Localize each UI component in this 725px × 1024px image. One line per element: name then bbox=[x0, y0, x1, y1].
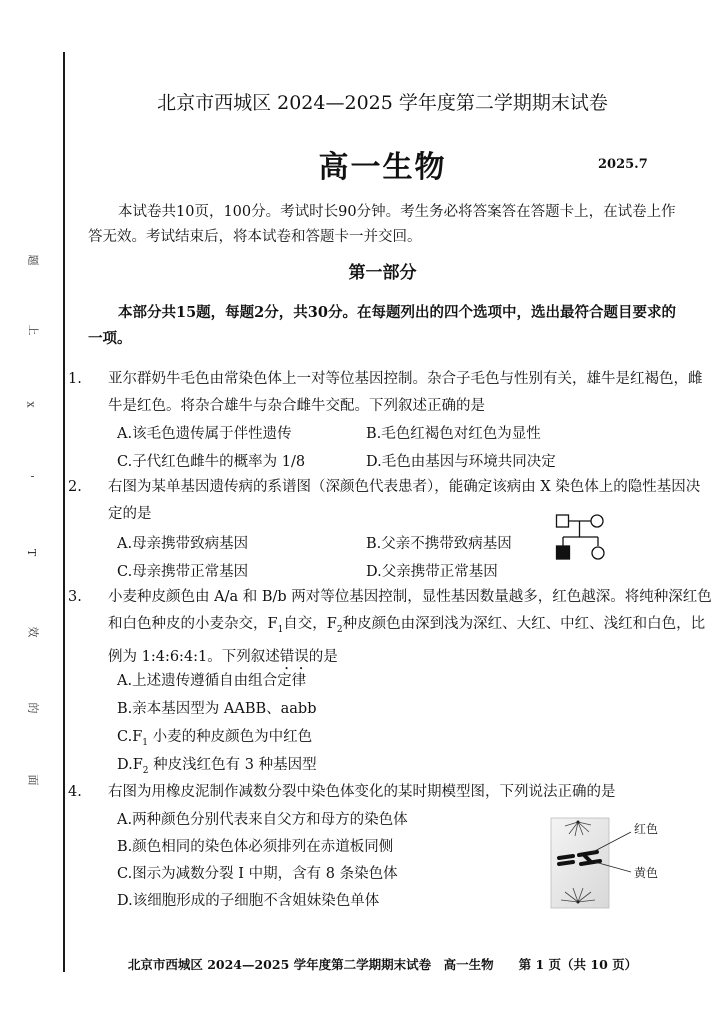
question-4-stem: 4.右图为用橡皮泥制作减数分裂中染色体变化的某时期模型图，下列说法正确的是 bbox=[88, 779, 713, 806]
question-number: 3. bbox=[88, 584, 108, 611]
red-chromosome-label: 红色 bbox=[634, 820, 658, 837]
margin-mark: 效 bbox=[26, 627, 42, 638]
option-text: 上述遗传遵循自由组合定律 bbox=[132, 673, 306, 689]
question-1-stem: 1.亚尔群奶牛毛色由常染色体上一对等位基因控制。杂合子毛色与性别有关，雄牛是红褐… bbox=[88, 366, 713, 420]
emphasized-text: 错误 bbox=[280, 649, 309, 665]
margin-mark: 上 bbox=[26, 325, 42, 336]
question-number: 2. bbox=[88, 474, 108, 501]
option-text: F bbox=[132, 729, 142, 745]
q4-option-b[interactable]: B.颜色相同的染色体必须排列在赤道板同侧 bbox=[117, 835, 393, 856]
margin-mark: T bbox=[25, 549, 38, 556]
option-text: 该毛色遗传属于伴性遗传 bbox=[132, 426, 292, 442]
option-key: B. bbox=[117, 839, 132, 855]
option-text: 图示为减数分裂 Ⅰ 中期，含有 8 条染色体 bbox=[132, 866, 397, 882]
question-text: 自交，F bbox=[283, 616, 337, 632]
option-text: 母亲携带致病基因 bbox=[132, 536, 248, 552]
q4-option-c[interactable]: C.图示为减数分裂 Ⅰ 中期，含有 8 条染色体 bbox=[117, 862, 398, 883]
page-footer: 北京市西城区 2024—2025 学年度第二学期期末试卷 高一生物 第 1 页（… bbox=[0, 955, 725, 973]
option-key: B. bbox=[366, 426, 381, 442]
margin-mark: 面 bbox=[26, 775, 42, 786]
q1-option-a[interactable]: A.该毛色遗传属于伴性遗传 bbox=[117, 422, 292, 443]
option-key: B. bbox=[117, 701, 132, 717]
yellow-chromosome-label: 黄色 bbox=[634, 864, 658, 881]
option-text: 毛色由基因与环境共同决定 bbox=[382, 454, 556, 470]
option-key: A. bbox=[117, 673, 132, 689]
option-text: 子代红色雌牛的概率为 1/8 bbox=[132, 454, 305, 470]
q2-option-a[interactable]: A.母亲携带致病基因 bbox=[117, 532, 248, 553]
margin-mark: ' bbox=[23, 475, 36, 478]
q2-option-c[interactable]: C.母亲携带正常基因 bbox=[117, 560, 248, 581]
option-key: C. bbox=[117, 454, 132, 470]
q3-option-d[interactable]: D.F2 种皮浅红色有 3 种基因型 bbox=[117, 753, 317, 776]
option-text: 毛色红褐色对红色为显性 bbox=[381, 426, 541, 442]
option-key: C. bbox=[117, 729, 132, 745]
section-title: 第一部分 bbox=[0, 258, 725, 283]
option-text: 父亲携带正常基因 bbox=[382, 564, 498, 580]
q1-option-d[interactable]: D.毛色由基因与环境共同决定 bbox=[366, 450, 556, 471]
q3-option-b[interactable]: B.亲本基因型为 AABB、aabb bbox=[117, 697, 316, 718]
option-text: 颜色相同的染色体必须排列在赤道板同侧 bbox=[132, 839, 393, 855]
q1-option-c[interactable]: C.子代红色雌牛的概率为 1/8 bbox=[117, 450, 305, 471]
option-text: 种皮浅红色有 3 种基因型 bbox=[149, 757, 317, 773]
question-3-stem: 3.小麦种皮颜色由 A/a 和 B/b 两对等位基因控制，显性基因数量越多，红色… bbox=[88, 584, 713, 673]
option-key: D. bbox=[366, 564, 382, 580]
option-text: F bbox=[133, 757, 143, 773]
option-text: 该细胞形成的子细胞不含姐妹染色单体 bbox=[133, 893, 380, 909]
exam-date: 2025.7 bbox=[598, 157, 648, 172]
margin-mark: 的 bbox=[26, 703, 42, 714]
question-text: 亚尔群奶牛毛色由常染色体上一对等位基因控制。杂合子毛色与性别有关，雄牛是红褐色，… bbox=[108, 371, 703, 414]
exam-instructions: 本试卷共10页，100分。考试时长90分钟。考生务必将答案答在答题卡上，在试卷上… bbox=[88, 200, 688, 250]
q3-option-a[interactable]: A.上述遗传遵循自由组合定律 bbox=[117, 669, 306, 690]
question-number: 1. bbox=[88, 366, 108, 393]
question-number: 4. bbox=[88, 779, 108, 806]
option-key: D. bbox=[117, 757, 133, 773]
option-key: C. bbox=[117, 564, 132, 580]
q4-option-d[interactable]: D.该细胞形成的子细胞不含姐妹染色单体 bbox=[117, 889, 379, 910]
question-text: 右图为用橡皮泥制作减数分裂中染色体变化的某时期模型图，下列说法正确的是 bbox=[108, 784, 616, 800]
binding-line bbox=[63, 52, 65, 972]
option-key: A. bbox=[117, 812, 132, 828]
option-text: 父亲不携带致病基因 bbox=[381, 536, 512, 552]
exam-title: 北京市西城区 2024—2025 学年度第二学期期末试卷 bbox=[0, 88, 725, 115]
q3-option-c[interactable]: C.F1 小麦的种皮颜色为中红色 bbox=[117, 725, 312, 748]
option-text: 两种颜色分别代表来自父方和母方的染色体 bbox=[132, 812, 408, 828]
q4-option-a[interactable]: A.两种颜色分别代表来自父方和母方的染色体 bbox=[117, 808, 408, 829]
q2-option-d[interactable]: D.父亲携带正常基因 bbox=[366, 560, 498, 581]
option-key: D. bbox=[117, 893, 133, 909]
question-text: 的是 bbox=[309, 649, 338, 665]
option-text: 亲本基因型为 AABB、aabb bbox=[132, 701, 316, 717]
option-text: 小麦的种皮颜色为中红色 bbox=[148, 729, 312, 745]
margin-mark: x bbox=[25, 401, 38, 407]
pedigree-chart bbox=[555, 512, 615, 567]
option-key: C. bbox=[117, 866, 132, 882]
q2-option-b[interactable]: B.父亲不携带致病基因 bbox=[366, 532, 512, 553]
option-key: A. bbox=[117, 426, 132, 442]
option-key: D. bbox=[366, 454, 382, 470]
option-key: A. bbox=[117, 536, 132, 552]
section-description: 本部分共15题，每题2分，共30分。在每题列出的四个选项中，选出最符合题目要求的… bbox=[88, 300, 688, 352]
option-key: B. bbox=[366, 536, 381, 552]
option-text: 母亲携带正常基因 bbox=[132, 564, 248, 580]
q1-option-b[interactable]: B.毛色红褐色对红色为显性 bbox=[366, 422, 541, 443]
question-2-stem: 2.右图为某单基因遗传病的系谱图（深颜色代表患者），能确定该病由 X 染色体上的… bbox=[88, 474, 713, 528]
